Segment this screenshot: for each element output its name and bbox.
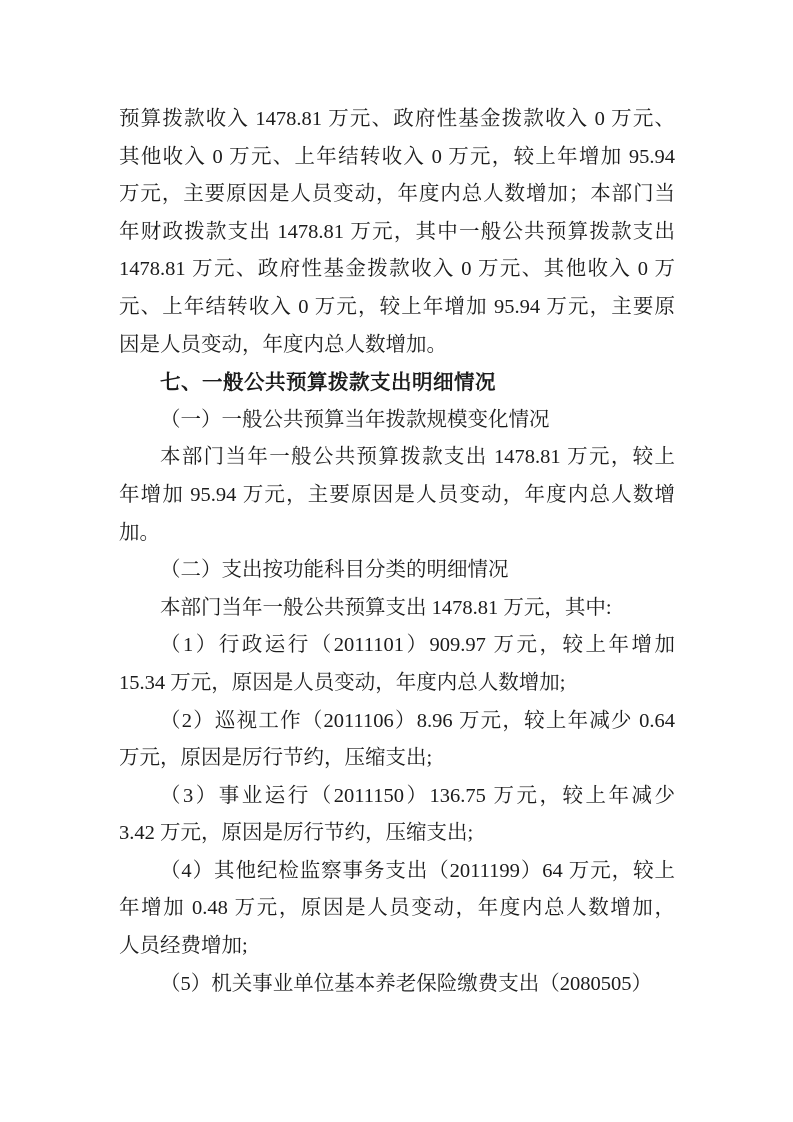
paragraph-line: 年增加 0.48 万元，原因是人员变动，年度内总人数增加， (119, 890, 675, 928)
paragraph-line: 元、上年结转收入 0 万元，较上年增加 95.94 万元，主要原 (119, 289, 675, 327)
paragraph-line: 预算拨款收入 1478.81 万元、政府性基金拨款收入 0 万元、 (119, 101, 675, 139)
paragraph-line: 年增加 95.94 万元，主要原因是人员变动，年度内总人数增 (119, 477, 675, 515)
paragraph-line: 人员经费增加; (119, 928, 675, 966)
section-heading: 七、一般公共预算拨款支出明细情况 (119, 364, 675, 402)
paragraph-line: 1478.81 万元、政府性基金拨款收入 0 万元、其他收入 0 万 (119, 251, 675, 289)
document-page: 预算拨款收入 1478.81 万元、政府性基金拨款收入 0 万元、 其他收入 0… (0, 0, 793, 1122)
paragraph-line: 其他收入 0 万元、上年结转收入 0 万元，较上年增加 95.94 (119, 139, 675, 177)
paragraph-line: 3.42 万元，原因是厉行节约，压缩支出; (119, 815, 675, 853)
document-content: 预算拨款收入 1478.81 万元、政府性基金拨款收入 0 万元、 其他收入 0… (119, 101, 675, 1003)
paragraph-line: （2）巡视工作（2011106）8.96 万元，较上年减少 0.64 (119, 703, 675, 741)
paragraph-line: （3）事业运行（2011150）136.75 万元，较上年减少 (119, 778, 675, 816)
paragraph-line: （1）行政运行（2011101）909.97 万元，较上年增加 (119, 627, 675, 665)
subsection-heading-1: （一）一般公共预算当年拨款规模变化情况 (119, 402, 675, 440)
subsection-heading-2: （二）支出按功能科目分类的明细情况 (119, 552, 675, 590)
paragraph-line: 本部门当年一般公共预算拨款支出 1478.81 万元，较上 (119, 439, 675, 477)
paragraph-line: 因是人员变动，年度内总人数增加。 (119, 327, 675, 365)
paragraph-line: 加。 (119, 515, 675, 553)
paragraph-line: 本部门当年一般公共预算支出 1478.81 万元，其中: (119, 590, 675, 628)
paragraph-line: 15.34 万元，原因是人员变动，年度内总人数增加; (119, 665, 675, 703)
paragraph-line: 年财政拨款支出 1478.81 万元，其中一般公共预算拨款支出 (119, 214, 675, 252)
paragraph-line: 万元，原因是厉行节约，压缩支出; (119, 740, 675, 778)
paragraph-line: 万元，主要原因是人员变动，年度内总人数增加；本部门当 (119, 176, 675, 214)
paragraph-line: （5）机关事业单位基本养老保险缴费支出（2080505） (119, 966, 675, 1004)
paragraph-line: （4）其他纪检监察事务支出（2011199）64 万元，较上 (119, 853, 675, 891)
